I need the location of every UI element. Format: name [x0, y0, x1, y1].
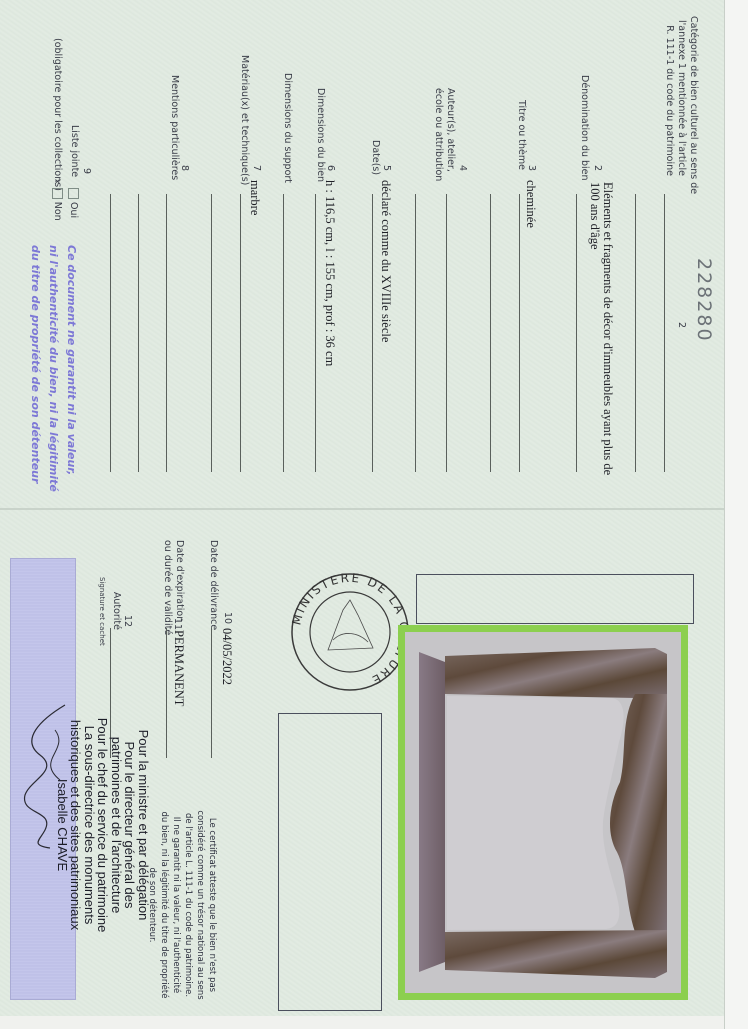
support-line — [283, 194, 284, 472]
field-2-value: Eléments et fragments de décor d'immeubl… — [588, 182, 614, 475]
signature — [10, 700, 80, 850]
field-8-line-2 — [138, 194, 139, 472]
date-issued-line — [211, 628, 212, 758]
field-7-line-2 — [211, 194, 212, 472]
field-4-label: Auteur(s), atelier, école ou attribution — [432, 88, 456, 170]
field-6-line — [315, 194, 316, 472]
field-8-line — [166, 194, 167, 472]
field-9-label: Liste jointe — [68, 125, 80, 170]
field-3-line-2 — [490, 194, 491, 472]
field-4-number: 4 — [457, 165, 468, 171]
expiry-value: PERMANENT — [172, 630, 185, 706]
field-7-value: marbre — [248, 180, 261, 215]
svg-text:MINISTERE DE LA CULTURE: MINISTERE DE LA CULTURE — [289, 571, 411, 688]
fireplace-image — [405, 632, 681, 993]
checkbox-oui[interactable] — [68, 188, 79, 199]
option-oui[interactable]: Oui — [67, 188, 79, 218]
field-8-number: 8 — [179, 165, 190, 171]
field-8-label: Mentions particulières — [168, 75, 180, 170]
field-1-value: 2 — [676, 322, 687, 328]
expiry-number: 11 — [172, 618, 183, 630]
date-issued-number: 10 — [222, 612, 233, 624]
field-5-value: déclaré comme du XVIIIe siècle — [379, 180, 392, 342]
certificate-note: Le certificat atteste que le bien n'est … — [146, 800, 218, 1010]
field-9-number: 9 — [81, 168, 92, 174]
authority-sublabel: Signature et cachet — [96, 577, 108, 629]
field-5-line — [372, 194, 373, 472]
field-3-line — [519, 194, 520, 472]
blank-box — [278, 713, 382, 1011]
checkbox-non[interactable] — [52, 188, 63, 199]
date-issued-value: 04/05/2022 — [220, 628, 233, 685]
field-7-number: 7 — [251, 165, 262, 171]
field-8-line-3 — [110, 194, 111, 472]
field-6-label: Dimensions du bien — [314, 88, 326, 170]
field-9-sublabel: (obligatoire pour les collections) — [51, 38, 63, 176]
object-photo — [398, 625, 688, 1000]
field-2-line — [576, 194, 577, 472]
field-5-number: 5 — [381, 165, 392, 171]
field-1-label: Catégorie de bien culturel au sens de l'… — [663, 16, 699, 176]
authority-label: Autorité — [110, 588, 122, 630]
expiry-line — [166, 628, 167, 758]
field-7-line — [240, 194, 241, 472]
field-5-label: Date(s) — [369, 140, 381, 170]
field-1-line-2 — [635, 194, 636, 472]
photo-top-box — [416, 574, 694, 624]
ministry-stamp: MINISTERE DE LA CULTURE — [288, 570, 413, 695]
disclaimer: Ce document ne garantit ni la valeur, ni… — [26, 245, 80, 445]
field-7-label: Matériau(x) et technique(s) — [238, 55, 250, 170]
field-2-label: Dénomination du bien — [578, 75, 590, 170]
field-3-label: Titre ou thème — [515, 90, 527, 170]
support-dimensions-label: Dimensions du support — [281, 73, 293, 170]
option-non[interactable]: × Non — [51, 178, 63, 221]
field-3-number: 3 — [526, 165, 537, 171]
scan-margin — [724, 0, 748, 1029]
date-issued-label: Date de délivrance — [207, 540, 219, 605]
field-4-line-2 — [415, 194, 416, 472]
field-6-value: h : 116,5 cm, l : 155 cm, prof : 36 cm — [323, 180, 336, 366]
serial-number: 228280 — [693, 258, 715, 343]
authority-number: 12 — [122, 615, 133, 627]
field-4-line — [446, 194, 447, 472]
scan-margin-bottom — [0, 1016, 724, 1029]
check-mark: × — [53, 178, 62, 185]
field-2-number: 2 — [592, 165, 603, 171]
field-6-number: 6 — [325, 165, 336, 171]
field-1-line — [664, 194, 665, 472]
photo-background — [405, 632, 681, 993]
field-3-value: cheminée — [524, 180, 537, 228]
fold-line — [0, 508, 724, 510]
expiry-label: Date d'expiration ou durée de validité — [161, 540, 185, 618]
